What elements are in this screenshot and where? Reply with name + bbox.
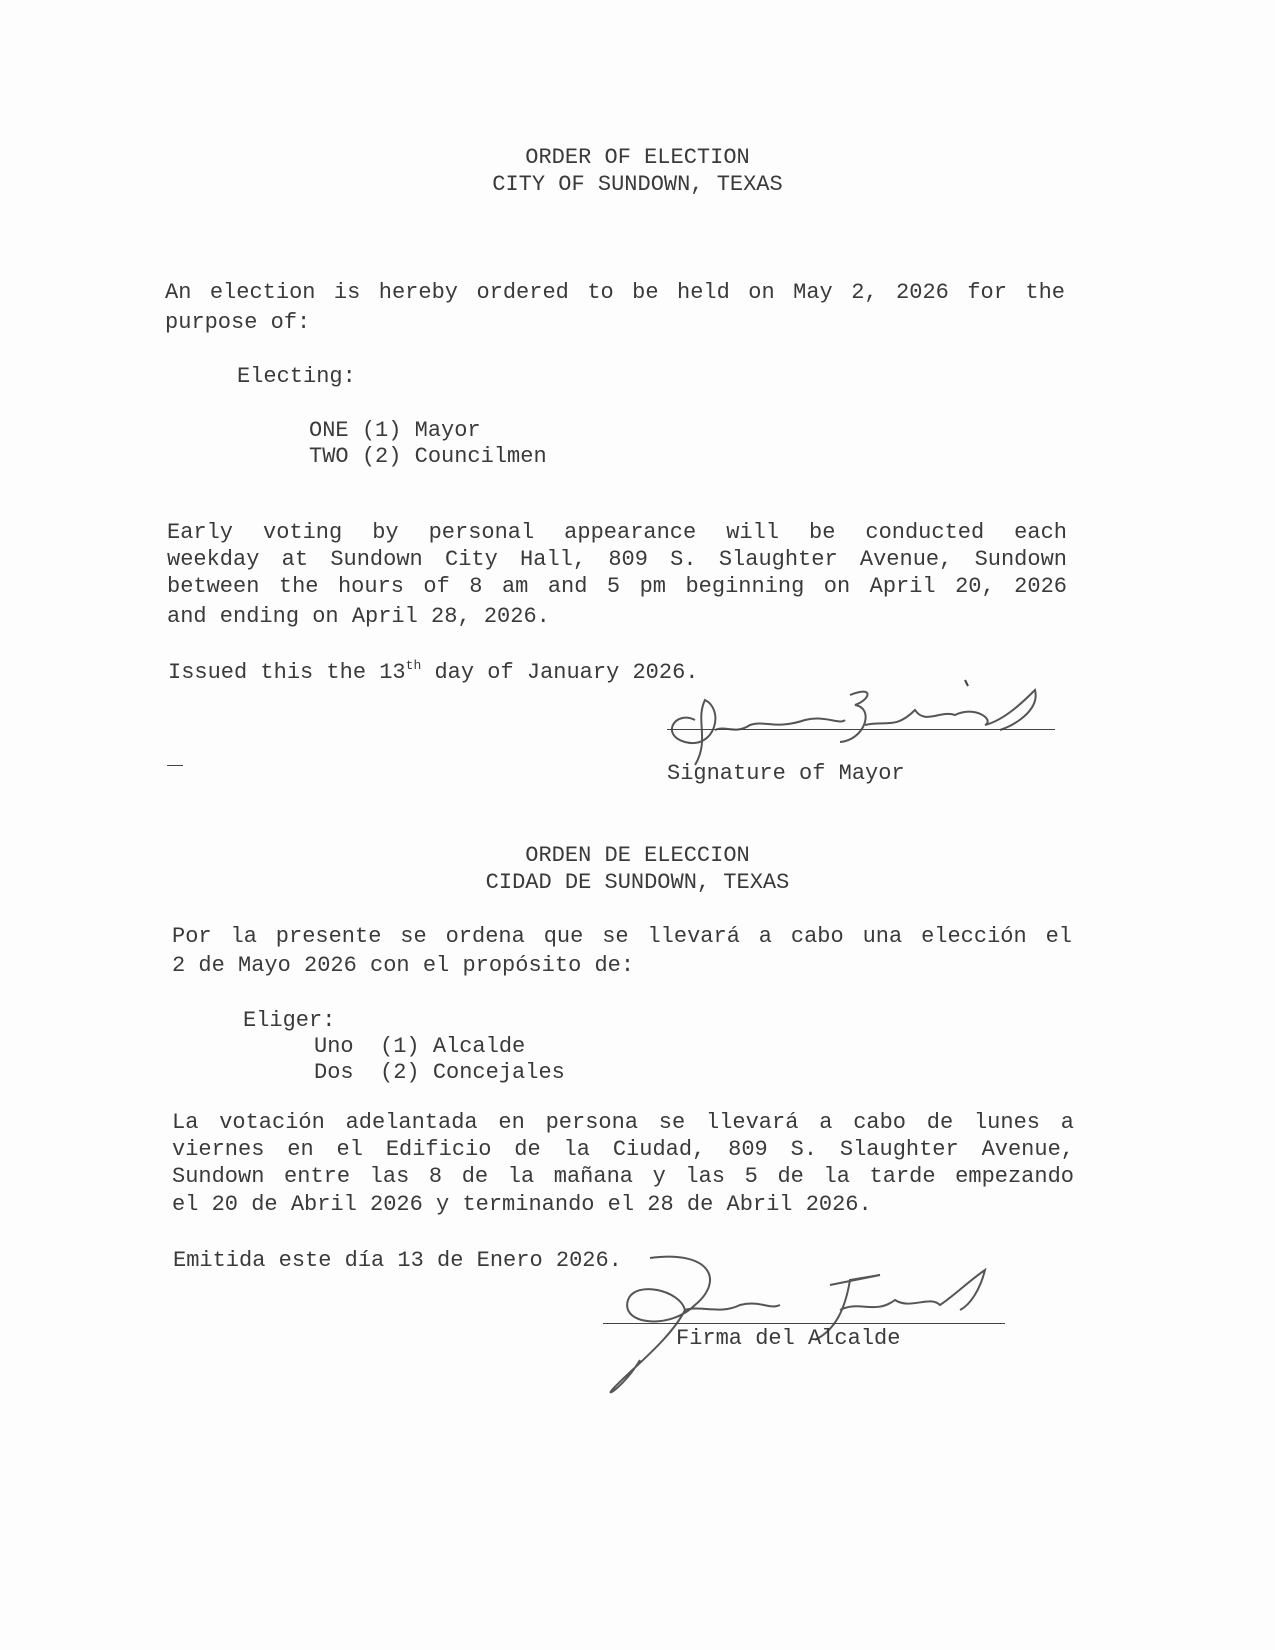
- spanish-early-voting-line-3: Sundown entre las 8 de la mañana y las 5…: [172, 1164, 1074, 1189]
- mayor-signature-english: [655, 680, 1055, 770]
- mayor-signature-spanish: [600, 1250, 1020, 1400]
- spanish-issued-date: Emitida este día 13 de Enero 2026.: [173, 1248, 622, 1273]
- english-issued-date: Issued this the 13th day of January 2026…: [168, 658, 699, 685]
- english-position-councilmen: TWO (2) Councilmen: [309, 444, 547, 469]
- english-early-voting-line-4: and ending on April 28, 2026.: [167, 604, 550, 629]
- spanish-signature-label: Firma del Alcalde: [676, 1326, 900, 1351]
- english-signature-label: Signature of Mayor: [667, 761, 905, 786]
- spanish-electing-label: Eliger:: [243, 1008, 335, 1033]
- english-signature-line: [667, 729, 1055, 730]
- english-early-voting-line-1: Early voting by personal appearance will…: [167, 520, 1067, 545]
- spanish-position-concejales: Dos (2) Concejales: [314, 1060, 565, 1085]
- spanish-intro-line-1: Por la presente se ordena que se llevará…: [172, 924, 1072, 949]
- spanish-early-voting-line-1: La votación adelantada en persona se lle…: [172, 1110, 1074, 1135]
- english-position-mayor: ONE (1) Mayor: [309, 418, 481, 443]
- english-intro-line-1: An election is hereby ordered to be held…: [165, 280, 1065, 305]
- spanish-early-voting-line-4: el 20 de Abril 2026 y terminando el 28 d…: [172, 1192, 872, 1217]
- dash-mark: [167, 765, 183, 766]
- spanish-position-alcalde: Uno (1) Alcalde: [314, 1034, 525, 1059]
- english-early-voting-line-2: weekday at Sundown City Hall, 809 S. Sla…: [167, 547, 1067, 572]
- spanish-early-voting-line-2: viernes en el Edificio de la Ciudad, 809…: [172, 1137, 1074, 1162]
- spanish-intro-line-2: 2 de Mayo 2026 con el propósito de:: [172, 953, 634, 978]
- english-electing-label: Electing:: [237, 364, 356, 389]
- spanish-signature-line: [603, 1323, 1005, 1324]
- english-intro-line-2: purpose of:: [165, 310, 310, 335]
- election-order-document: ORDER OF ELECTION CITY OF SUNDOWN, TEXAS…: [0, 0, 1275, 1650]
- english-early-voting-line-3: between the hours of 8 am and 5 pm begin…: [167, 574, 1067, 599]
- english-subtitle: CITY OF SUNDOWN, TEXAS: [0, 172, 1275, 197]
- spanish-subtitle: CIDAD DE SUNDOWN, TEXAS: [0, 870, 1275, 895]
- english-title: ORDER OF ELECTION: [0, 145, 1275, 170]
- spanish-title: ORDEN DE ELECCION: [0, 843, 1275, 868]
